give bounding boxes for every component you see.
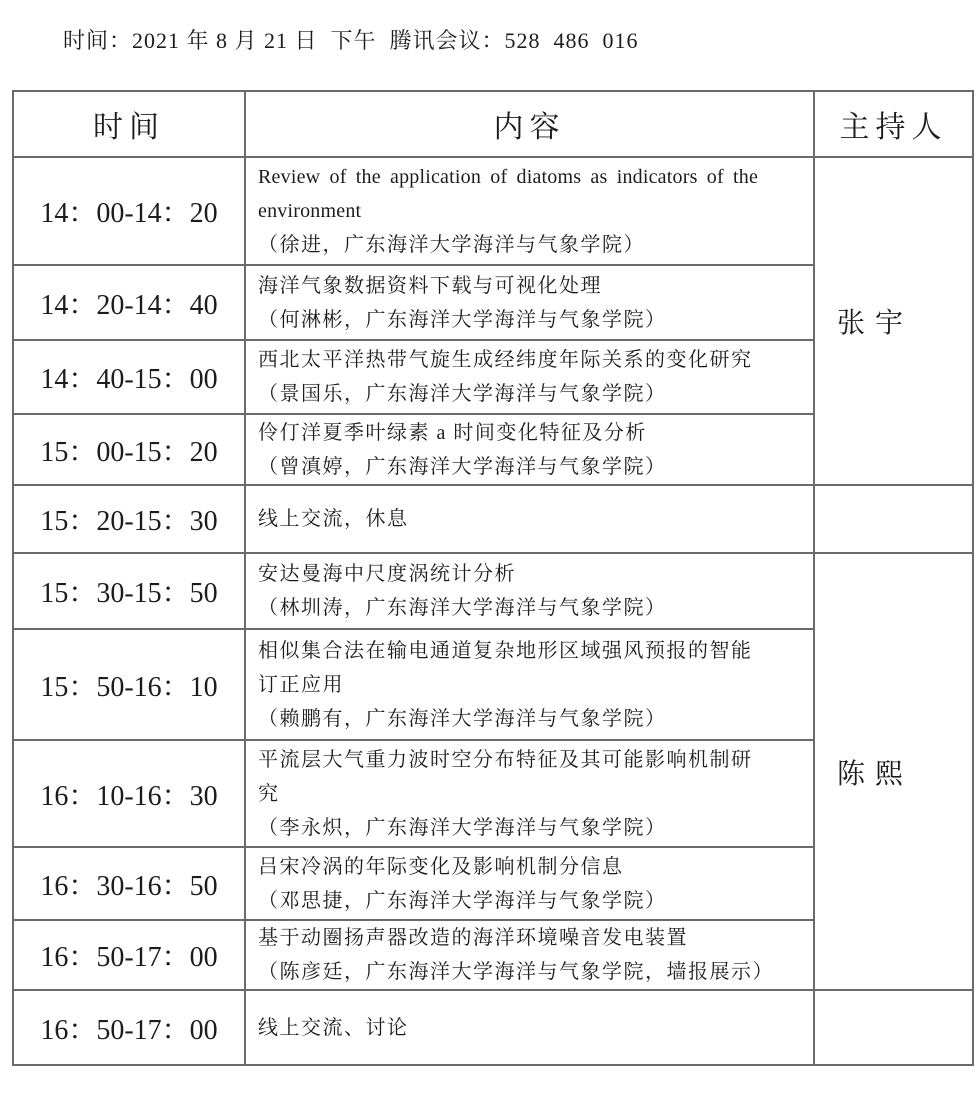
- talk-title-line: 安达曼海中尺度涡统计分析: [258, 557, 807, 591]
- talk-title-line: 平流层大气重力波时空分布特征及其可能影响机制研: [258, 743, 807, 777]
- host-cell: 陈熙: [814, 553, 973, 990]
- content-cell: Review of the application of diatoms as …: [245, 157, 814, 265]
- content-cell: 线上交流，休息: [245, 485, 814, 553]
- col-header-time: 时间: [13, 91, 245, 157]
- host-cell: 张宇: [814, 157, 973, 485]
- content-cell: 西北太平洋热带气旋生成经纬度年际关系的变化研究 （景国乐，广东海洋大学海洋与气象…: [245, 340, 814, 414]
- content-cell: 海洋气象数据资料下载与可视化处理 （何淋彬，广东海洋大学海洋与气象学院）: [245, 265, 814, 340]
- talk-title-line: 相似集合法在输电通道复杂地形区域强风预报的智能: [258, 634, 807, 668]
- col-header-content: 内容: [245, 91, 814, 157]
- meeting-info-line: 时间：2021 年 8 月 21 日 下午 腾讯会议：528 486 016: [63, 24, 639, 55]
- col-header-host: 主持人: [814, 91, 973, 157]
- speaker-line: （曾滇婷，广东海洋大学海洋与气象学院）: [258, 450, 807, 484]
- schedule-table: 时间 内容 主持人 14：00-14：20 Review of the appl…: [12, 90, 974, 1066]
- speaker-line: （陈彦廷，广东海洋大学海洋与气象学院，墙报展示）: [258, 955, 807, 989]
- host-cell-empty: [814, 485, 973, 553]
- time-cell: 14：20-14：40: [13, 265, 245, 340]
- time-cell: 15：50-16：10: [13, 629, 245, 740]
- time-cell: 16：10-16：30: [13, 740, 245, 847]
- talk-title-line: environment: [258, 194, 807, 228]
- host-cell-empty: [814, 990, 973, 1065]
- content-cell: 相似集合法在输电通道复杂地形区域强风预报的智能 订正应用 （赖鹏有，广东海洋大学…: [245, 629, 814, 740]
- talk-title-line: 订正应用: [258, 668, 807, 702]
- time-cell: 15：00-15：20: [13, 414, 245, 485]
- talk-title-line: 吕宋冷涡的年际变化及影响机制分信息: [258, 850, 807, 884]
- content-cell: 基于动圈扬声器改造的海洋环境噪音发电装置 （陈彦廷，广东海洋大学海洋与气象学院，…: [245, 920, 814, 990]
- time-cell: 15：30-15：50: [13, 553, 245, 629]
- talk-title-line: Review of the application of diatoms as …: [258, 160, 807, 194]
- document-page: 时间：2021 年 8 月 21 日 下午 腾讯会议：528 486 016 时…: [0, 0, 980, 1094]
- content-cell: 伶仃洋夏季叶绿素 a 时间变化特征及分析 （曾滇婷，广东海洋大学海洋与气象学院）: [245, 414, 814, 485]
- content-cell: 吕宋冷涡的年际变化及影响机制分信息 （邓思捷，广东海洋大学海洋与气象学院）: [245, 847, 814, 920]
- talk-title-line: 西北太平洋热带气旋生成经纬度年际关系的变化研究: [258, 343, 807, 377]
- time-cell: 16：30-16：50: [13, 847, 245, 920]
- speaker-line: （景国乐，广东海洋大学海洋与气象学院）: [258, 377, 807, 411]
- speaker-line: （何淋彬，广东海洋大学海洋与气象学院）: [258, 303, 807, 337]
- content-cell: 平流层大气重力波时空分布特征及其可能影响机制研 究 （李永炽，广东海洋大学海洋与…: [245, 740, 814, 847]
- time-cell: 14：00-14：20: [13, 157, 245, 265]
- speaker-line: （李永炽，广东海洋大学海洋与气象学院）: [258, 811, 807, 845]
- header-row: 时间 内容 主持人: [13, 91, 973, 157]
- time-cell: 14：40-15：00: [13, 340, 245, 414]
- table-row-break: 16：50-17：00 线上交流、讨论: [13, 990, 973, 1065]
- speaker-line: （林圳涛，广东海洋大学海洋与气象学院）: [258, 591, 807, 625]
- talk-title-line: 伶仃洋夏季叶绿素 a 时间变化特征及分析: [258, 416, 807, 450]
- content-cell: 安达曼海中尺度涡统计分析 （林圳涛，广东海洋大学海洋与气象学院）: [245, 553, 814, 629]
- speaker-line: （邓思捷，广东海洋大学海洋与气象学院）: [258, 884, 807, 918]
- talk-title-line: 究: [258, 777, 807, 811]
- talk-title-line: 海洋气象数据资料下载与可视化处理: [258, 269, 807, 303]
- time-cell: 16：50-17：00: [13, 920, 245, 990]
- table-row: 15：30-15：50 安达曼海中尺度涡统计分析 （林圳涛，广东海洋大学海洋与气…: [13, 553, 973, 629]
- time-cell: 16：50-17：00: [13, 990, 245, 1065]
- speaker-line: （徐进，广东海洋大学海洋与气象学院）: [258, 228, 807, 262]
- table-row: 14：00-14：20 Review of the application of…: [13, 157, 973, 265]
- break-label: 线上交流，休息: [258, 502, 807, 536]
- content-cell: 线上交流、讨论: [245, 990, 814, 1065]
- time-cell: 15：20-15：30: [13, 485, 245, 553]
- speaker-line: （赖鹏有，广东海洋大学海洋与气象学院）: [258, 702, 807, 736]
- break-label: 线上交流、讨论: [258, 1011, 807, 1045]
- talk-title-line: 基于动圈扬声器改造的海洋环境噪音发电装置: [258, 921, 807, 955]
- table-row-break: 15：20-15：30 线上交流，休息: [13, 485, 973, 553]
